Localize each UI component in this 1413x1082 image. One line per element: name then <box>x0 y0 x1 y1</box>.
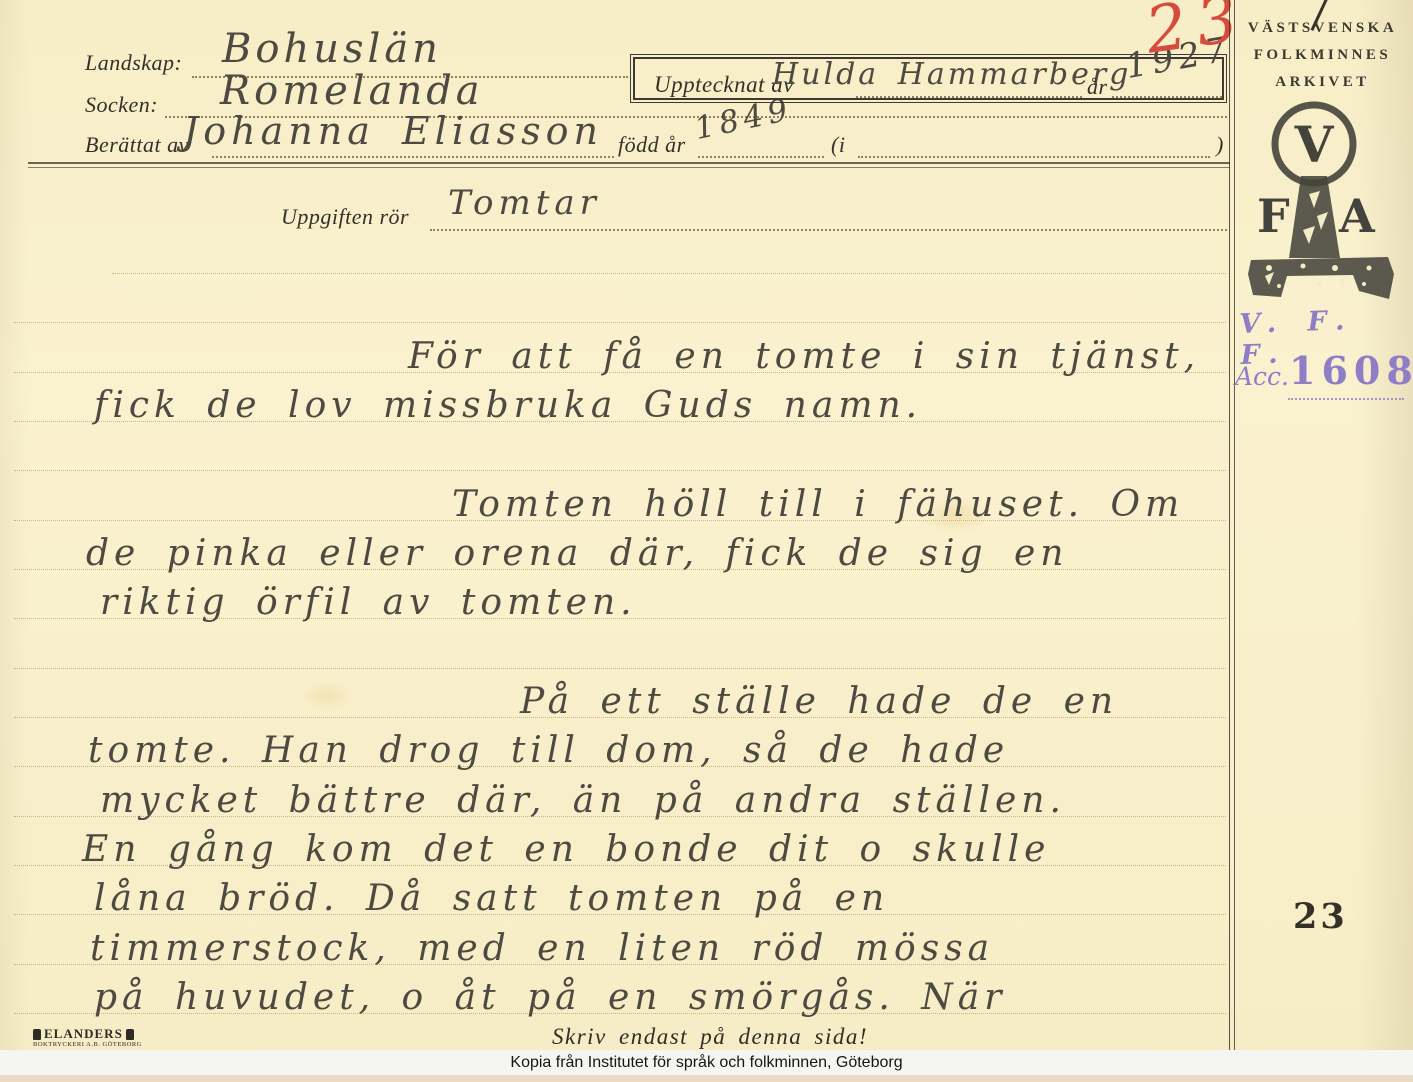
ruled-line <box>14 322 1226 323</box>
paren-close: ) <box>1216 132 1224 158</box>
body-line: timmerstock, med en liten röd mössa <box>90 926 994 972</box>
fodd-ar-fill-line <box>698 156 824 158</box>
body-line: låna bröd. Då satt tomten på en <box>94 876 889 922</box>
logo-letter-v: V <box>1294 115 1335 174</box>
body-line: de pinka eller orena där, fick de sig en <box>86 531 1069 577</box>
landskap-label: Landskap: <box>85 50 182 76</box>
body-line: Tomten höll till i fähuset. Om <box>452 482 1184 528</box>
uppgiften-fill-line <box>430 229 1227 231</box>
body-line: På ett ställe hade de en <box>520 679 1118 725</box>
printer-name: ELANDERS <box>44 1026 123 1042</box>
copy-provenance-strip: Kopia från Institutet för språk och folk… <box>0 1050 1413 1075</box>
body-line: riktig örfil av tomten. <box>100 580 637 626</box>
socken-label: Socken: <box>85 92 158 118</box>
body-line: En gång kom det en bonde dit o skulle <box>82 827 1050 873</box>
ruled-line <box>112 273 1226 274</box>
paren-open: (i <box>831 132 845 158</box>
write-only-this-side-note: Skriv endast på denna sida! <box>420 1024 1000 1050</box>
printer-ornament-icon <box>33 1029 41 1040</box>
archive-name-line3: ARKIVET <box>1232 74 1413 91</box>
page-number-stamp: 23 <box>1293 896 1348 937</box>
archive-name-line2: FOLKMINNES <box>1232 47 1413 64</box>
scan-edge <box>0 1075 1413 1082</box>
copy-provenance-note: Kopia från Institutet för språk och folk… <box>510 1054 902 1072</box>
body-line: på huvudet, o åt på en smörgås. När <box>94 975 1006 1021</box>
ar-fill-line <box>1112 96 1222 98</box>
body-line: För att få en tomte i sin tjänst, <box>408 334 1200 380</box>
printer-mark: ELANDERS BOKTRYCKERI A.B. GÖTEBORG <box>33 1026 142 1048</box>
ruled-line <box>14 470 1226 471</box>
berattat-label: Berättat av <box>85 132 189 158</box>
uppgiften-value-handwriting: Tomtar <box>448 180 601 226</box>
berattat-value-handwriting: Johanna Eliasson <box>183 108 603 154</box>
ar-label: år <box>1087 74 1108 100</box>
paren-fill-line <box>858 156 1210 158</box>
upptecknat-value-handwriting: Hulda Hammarberg <box>772 52 1131 98</box>
archive-name-line1: VÄSTSVENSKA <box>1232 20 1413 37</box>
thors-hammer-logo-stamp: V F A <box>1243 98 1403 308</box>
header-divider-rule <box>28 162 1230 168</box>
acc-number-stamp: 1608 <box>1289 348 1413 393</box>
landskap-value-handwriting: Bohuslän <box>222 26 442 72</box>
body-line: tomte. Han drog till dom, så de hade <box>88 728 1009 774</box>
margin-divider-line <box>1229 0 1235 1082</box>
logo-letter-f: F <box>1257 189 1290 243</box>
fodd-ar-label: född år <box>618 132 686 158</box>
ruled-line <box>14 668 1226 669</box>
paper-stain <box>300 680 355 712</box>
printer-subtitle: BOKTRYCKERI A.B. GÖTEBORG <box>33 1041 142 1048</box>
body-line: fick de lov missbruka Guds namn. <box>94 383 922 429</box>
body-line: mycket bättre där, än på andra ställen. <box>100 778 1066 824</box>
acc-label-stamp: Acc. <box>1235 362 1289 391</box>
berattat-fill-line <box>212 156 614 158</box>
uppgiften-label: Uppgiften rör <box>281 204 409 230</box>
printer-ornament-icon <box>126 1029 134 1040</box>
acc-underline <box>1288 398 1404 400</box>
archive-record-card: Landskap: Bohuslän Socken: Romelanda Ber… <box>0 0 1413 1082</box>
logo-letter-a: A <box>1338 189 1376 243</box>
